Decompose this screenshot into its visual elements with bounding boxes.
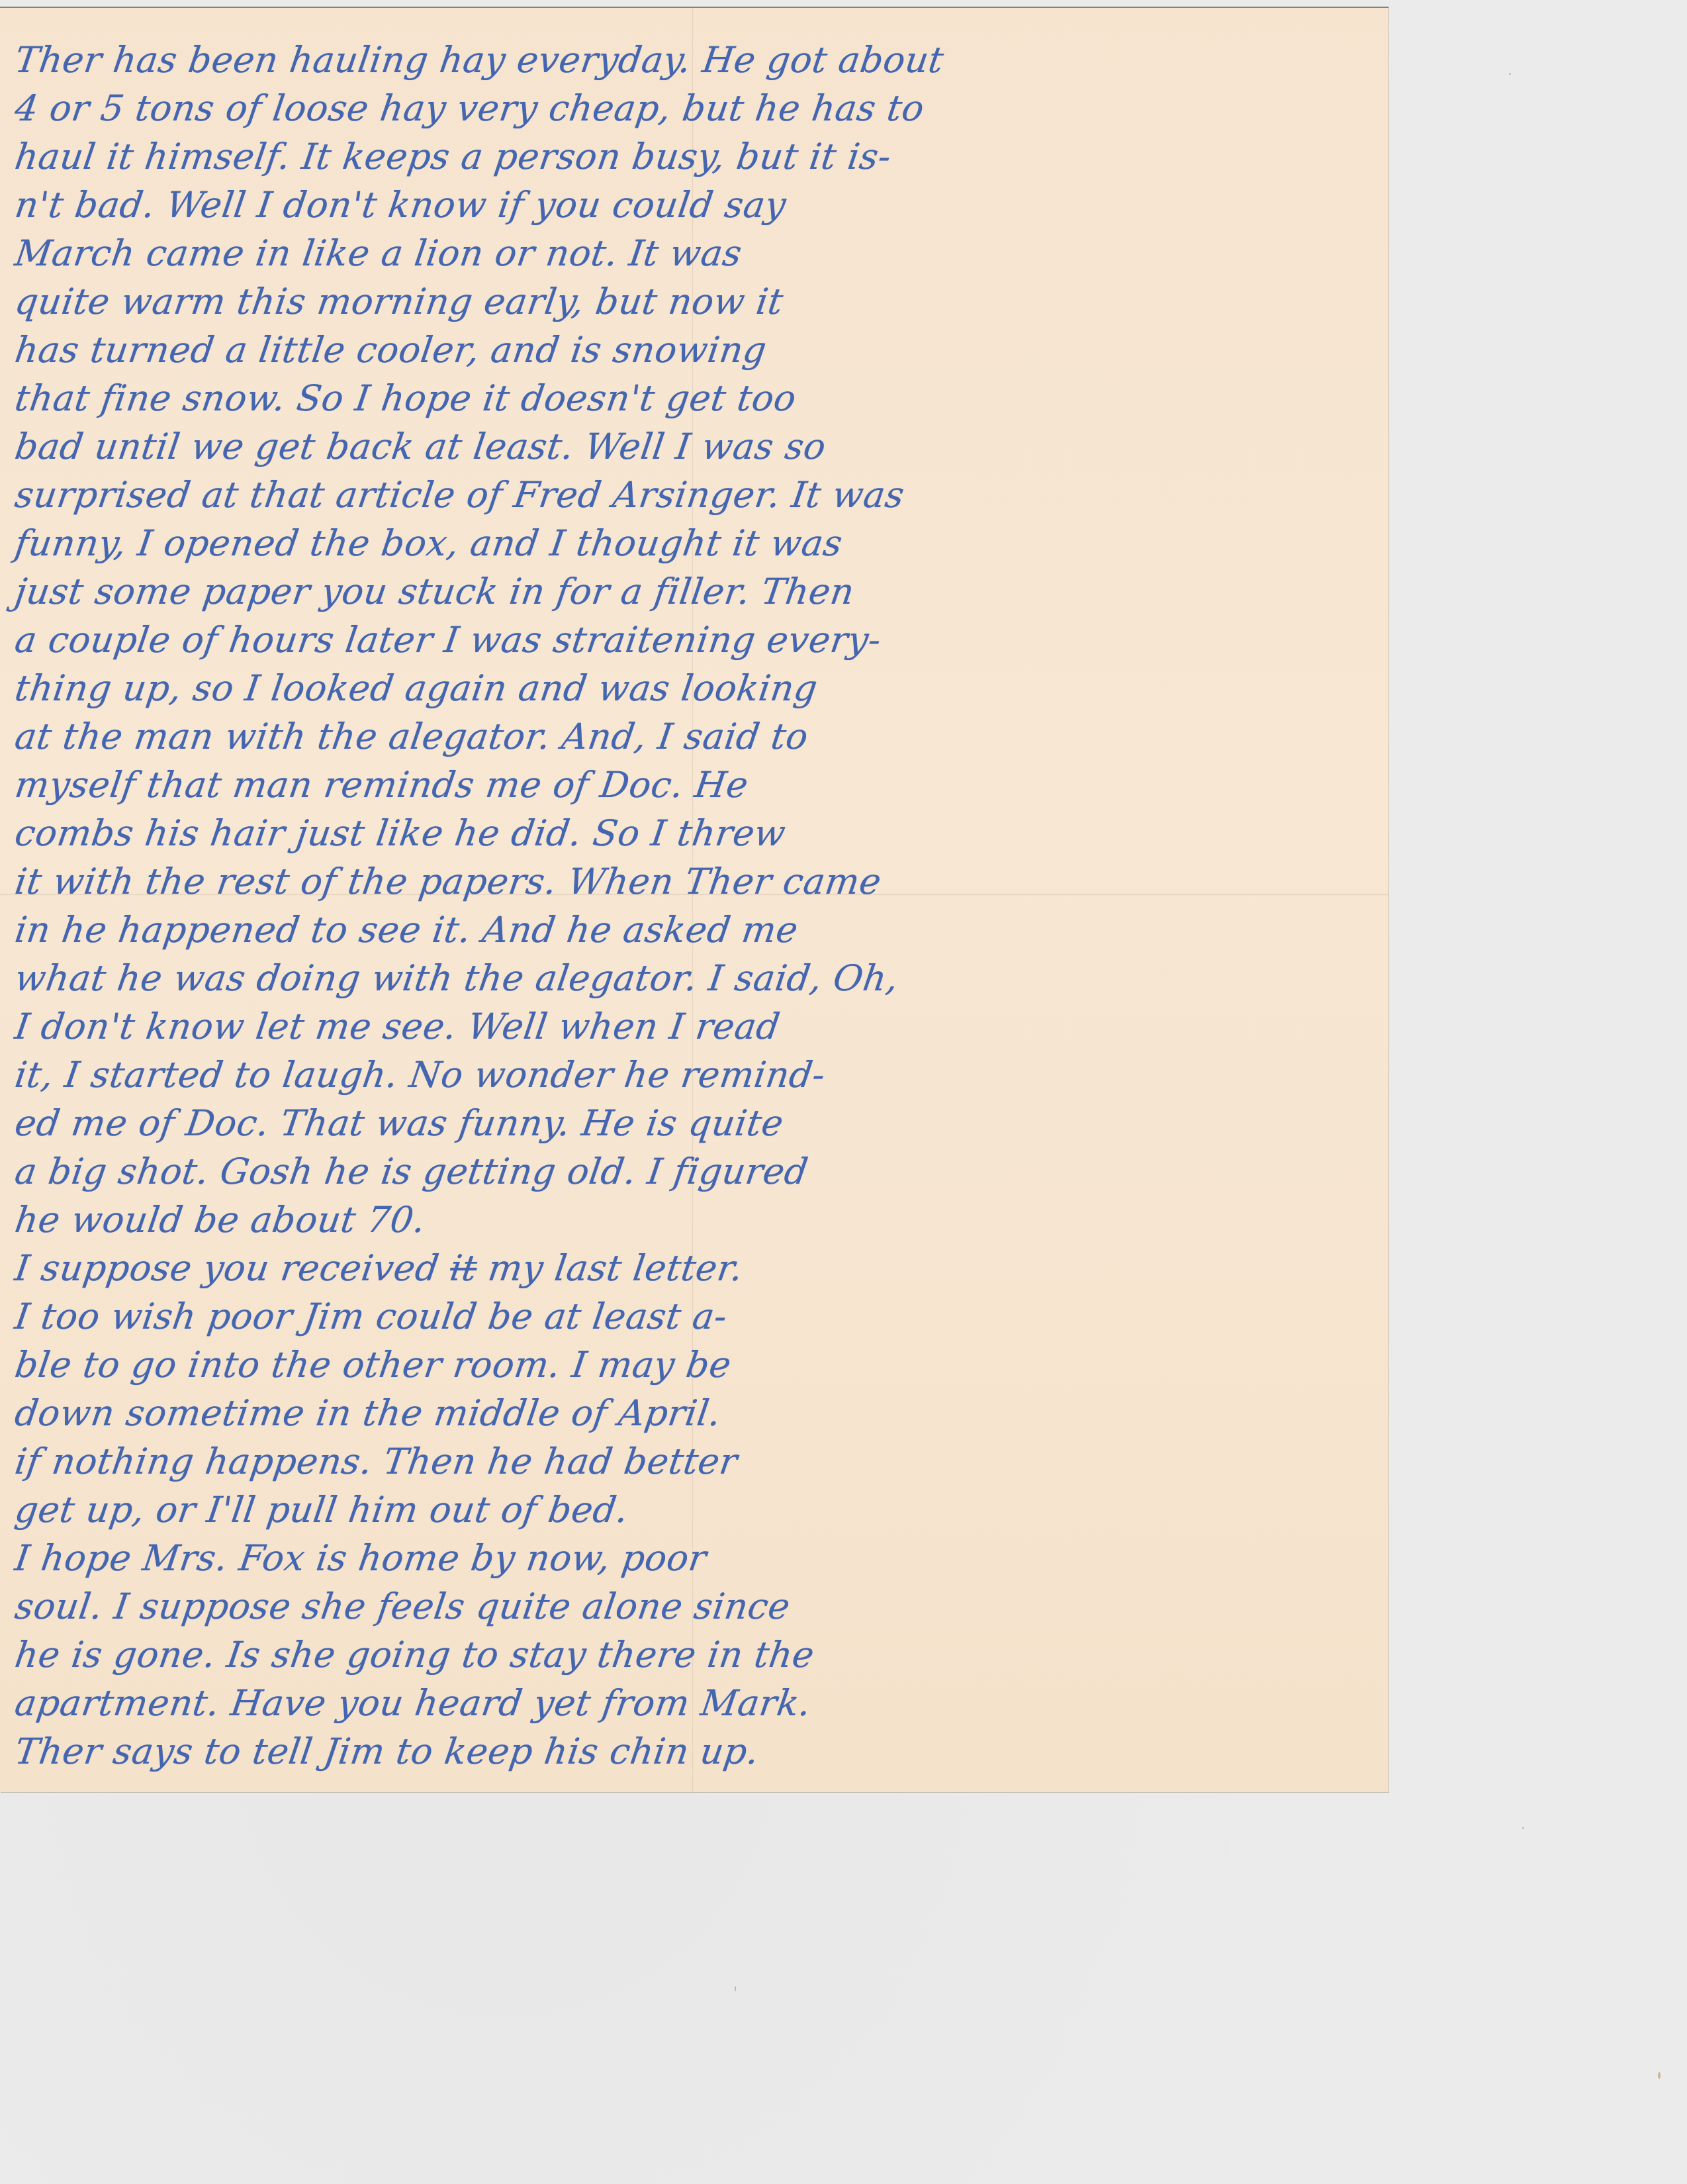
text-line: get up, or I'll pull him out of bed. <box>12 1486 1382 1534</box>
text-line: ble to go into the other room. I may be <box>12 1341 1382 1389</box>
text-segment: my last letter. <box>486 1247 746 1289</box>
text-line: it, I started to laugh. No wonder he rem… <box>12 1051 1382 1099</box>
text-line: if nothing happens. Then he had better <box>12 1437 1382 1486</box>
letter-page: Ther has been hauling hay everyday. He g… <box>0 7 1389 1792</box>
text-line: it with the rest of the papers. When The… <box>12 857 1382 906</box>
text-segment: I suppose you received <box>13 1247 442 1289</box>
text-line: bad until we get back at least. Well I w… <box>12 422 1382 471</box>
text-line: funny, I opened the box, and I thought i… <box>12 519 1382 567</box>
text-line: combs his hair just like he did. So I th… <box>12 809 1382 857</box>
text-line: Ther has been hauling hay everyday. He g… <box>12 36 1382 84</box>
dust-speck <box>735 1986 736 1991</box>
text-line: 4 or 5 tons of loose hay very cheap, but… <box>12 84 1382 132</box>
text-line: he is gone. Is she going to stay there i… <box>12 1631 1382 1679</box>
text-line: March came in like a lion or not. It was <box>12 229 1382 277</box>
text-line: haul it himself. It keeps a person busy,… <box>12 132 1382 181</box>
text-line: surprised at that article of Fred Arsing… <box>12 471 1382 519</box>
text-line: Ther says to tell Jim to keep his chin u… <box>12 1727 1382 1776</box>
text-line: down sometime in the middle of April. <box>12 1389 1382 1437</box>
text-line: he would be about 70. <box>12 1196 1382 1244</box>
text-line: apartment. Have you heard yet from Mark. <box>12 1679 1382 1727</box>
dust-speck <box>1658 2072 1661 2079</box>
text-line: soul. I suppose she feels quite alone si… <box>12 1582 1382 1631</box>
text-line: ed me of Doc. That was funny. He is quit… <box>12 1099 1382 1147</box>
text-line: in he happened to see it. And he asked m… <box>12 906 1382 954</box>
text-line: thing up, so I looked again and was look… <box>12 664 1382 712</box>
text-line: I don't know let me see. Well when I rea… <box>12 1002 1382 1051</box>
text-line: that fine snow. So I hope it doesn't get… <box>12 374 1382 422</box>
dust-speck <box>1509 73 1511 75</box>
text-line: quite warm this morning early, but now i… <box>12 277 1382 326</box>
text-line: I too wish poor Jim could be at least a- <box>12 1292 1382 1341</box>
text-line: I suppose you received it my last letter… <box>12 1244 1382 1292</box>
text-line: a big shot. Gosh he is getting old. I fi… <box>12 1147 1382 1196</box>
text-line: just some paper you stuck in for a fille… <box>12 567 1382 616</box>
handwritten-text-body: Ther has been hauling hay everyday. He g… <box>12 36 1375 1776</box>
text-line: I hope Mrs. Fox is home by now, poor <box>12 1534 1382 1582</box>
text-line: n't bad. Well I don't know if you could … <box>12 181 1382 229</box>
text-line: at the man with the alegator. And, I sai… <box>12 712 1382 761</box>
text-line: what he was doing with the alegator. I s… <box>12 954 1382 1002</box>
text-line: has turned a little cooler, and is snowi… <box>12 326 1382 374</box>
text-line: a couple of hours later I was straitenin… <box>12 616 1382 664</box>
struck-out-word: it <box>447 1247 480 1289</box>
dust-speck <box>1522 1827 1524 1829</box>
text-line: myself that man reminds me of Doc. He <box>12 761 1382 809</box>
